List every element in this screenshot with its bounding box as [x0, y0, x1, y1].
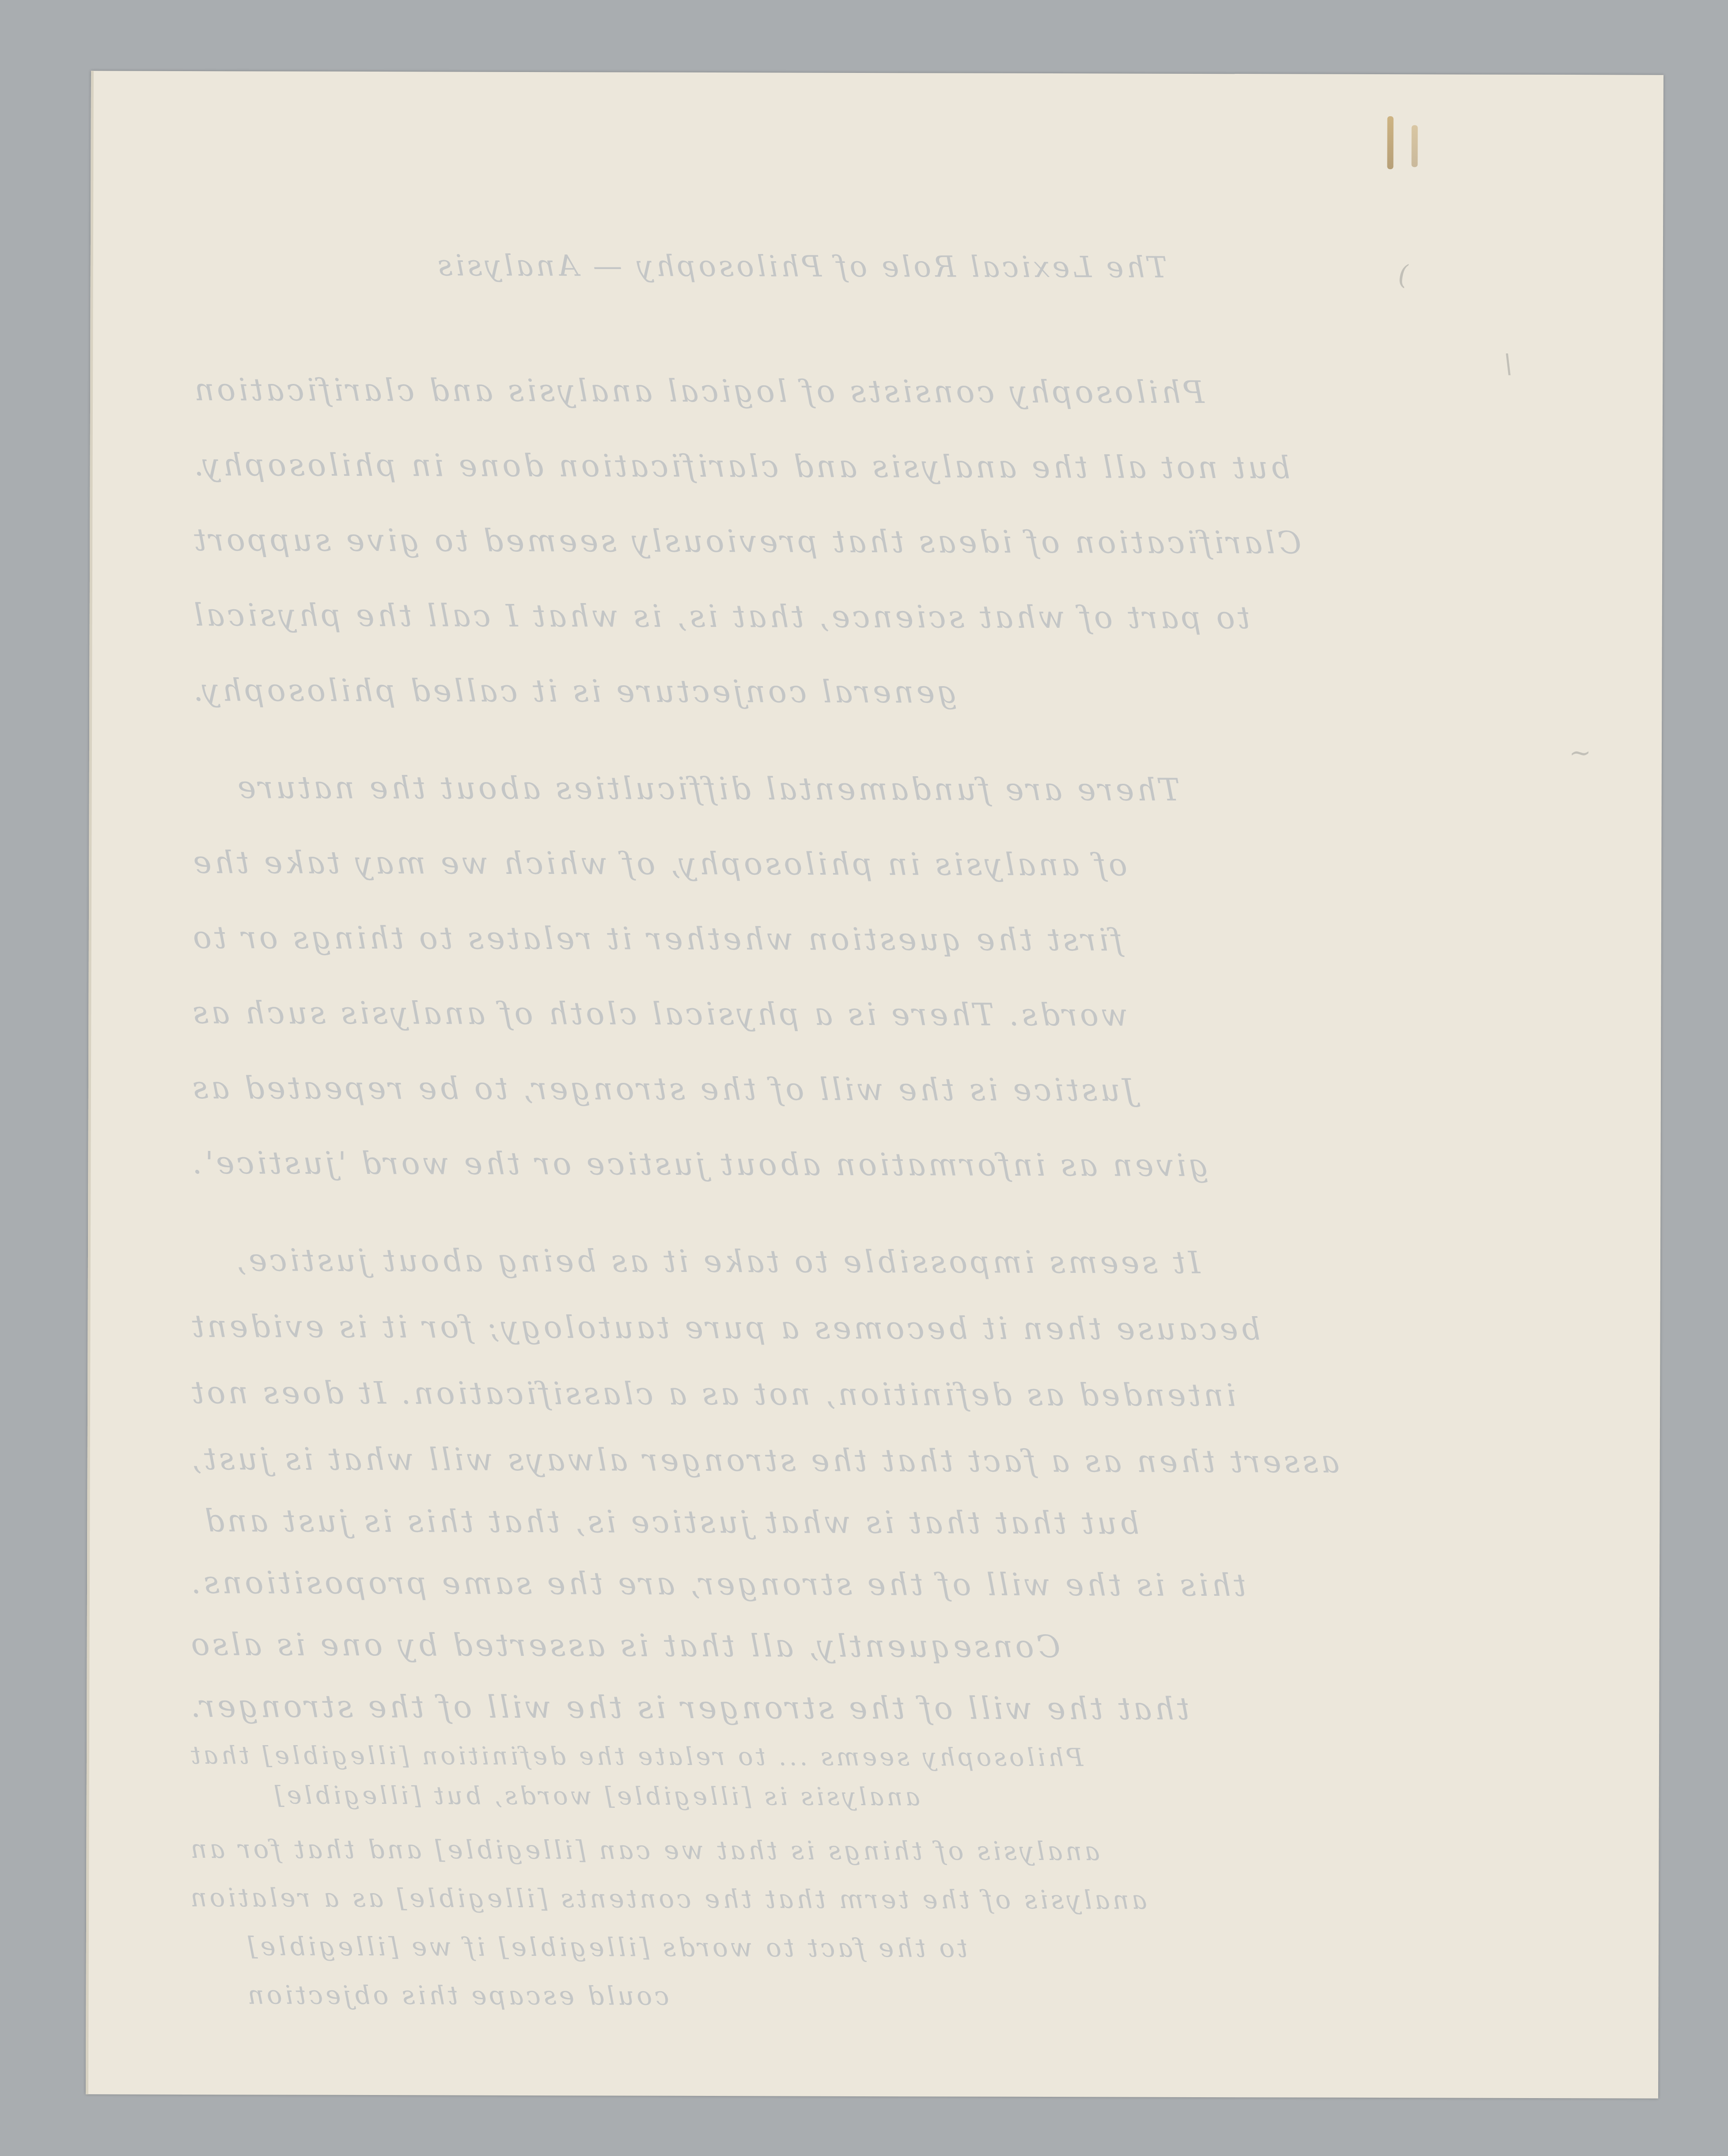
page-title: The Lexical Role of Philosophy — Analysi… — [435, 248, 1167, 284]
text-line: intended as definition, not as a classif… — [189, 1374, 1236, 1413]
text-line: analysis is [illegible] words, but [ille… — [272, 1781, 920, 1811]
text-line: because then it becomes a pure tautology… — [189, 1308, 1260, 1347]
handwritten-text: The Lexical Role of Philosophy — Analysi… — [86, 71, 1664, 2098]
text-line: There are fundamental difficulties about… — [235, 769, 1180, 808]
text-line: assert then as a fact that the stronger … — [189, 1441, 1340, 1480]
text-line: Clarification of ideas that previously s… — [191, 522, 1301, 561]
text-line: that the will of the stronger is the wil… — [188, 1688, 1190, 1727]
text-line: to the fact to words [illegible] if we [… — [245, 1931, 968, 1963]
text-line: first the question whether it relates to… — [190, 919, 1123, 958]
manuscript-page: The Lexical Role of Philosophy — Analysi… — [86, 71, 1664, 2098]
margin-mark: ( — [1398, 260, 1409, 291]
text-line: given as information about justice or th… — [189, 1145, 1209, 1184]
text-line: of analysis in philosophy, of which we m… — [190, 844, 1127, 883]
text-line: analysis of the term that the contents [… — [188, 1883, 1147, 1915]
text-line: words. There is a physical cloth of anal… — [190, 994, 1128, 1033]
text-line: Consequently, all that is asserted by on… — [189, 1626, 1061, 1665]
text-line: analysis of things is that we can [illeg… — [188, 1834, 1100, 1866]
text-line: Philosophy seems ... to relate the defin… — [188, 1741, 1083, 1772]
margin-mark: ~ — [1569, 737, 1591, 768]
text-line: but not all the analysis and clarificati… — [192, 447, 1291, 486]
text-line: this is the will of the stronger, are th… — [189, 1564, 1246, 1603]
text-line: It seems impossible to take it as being … — [234, 1242, 1201, 1281]
text-line: but that that is what justice is, that t… — [202, 1503, 1139, 1541]
text-line: Justice is the will of the stronger, to … — [190, 1070, 1135, 1108]
margin-mark: \ — [1504, 349, 1512, 380]
text-line: to part of what science, that is, is wha… — [191, 597, 1250, 636]
text-line: could escape this objection — [245, 1980, 669, 2011]
text-line: Philosophy consists of logical analysis … — [192, 372, 1205, 410]
text-line: general conjecture is it called philosop… — [191, 672, 957, 710]
